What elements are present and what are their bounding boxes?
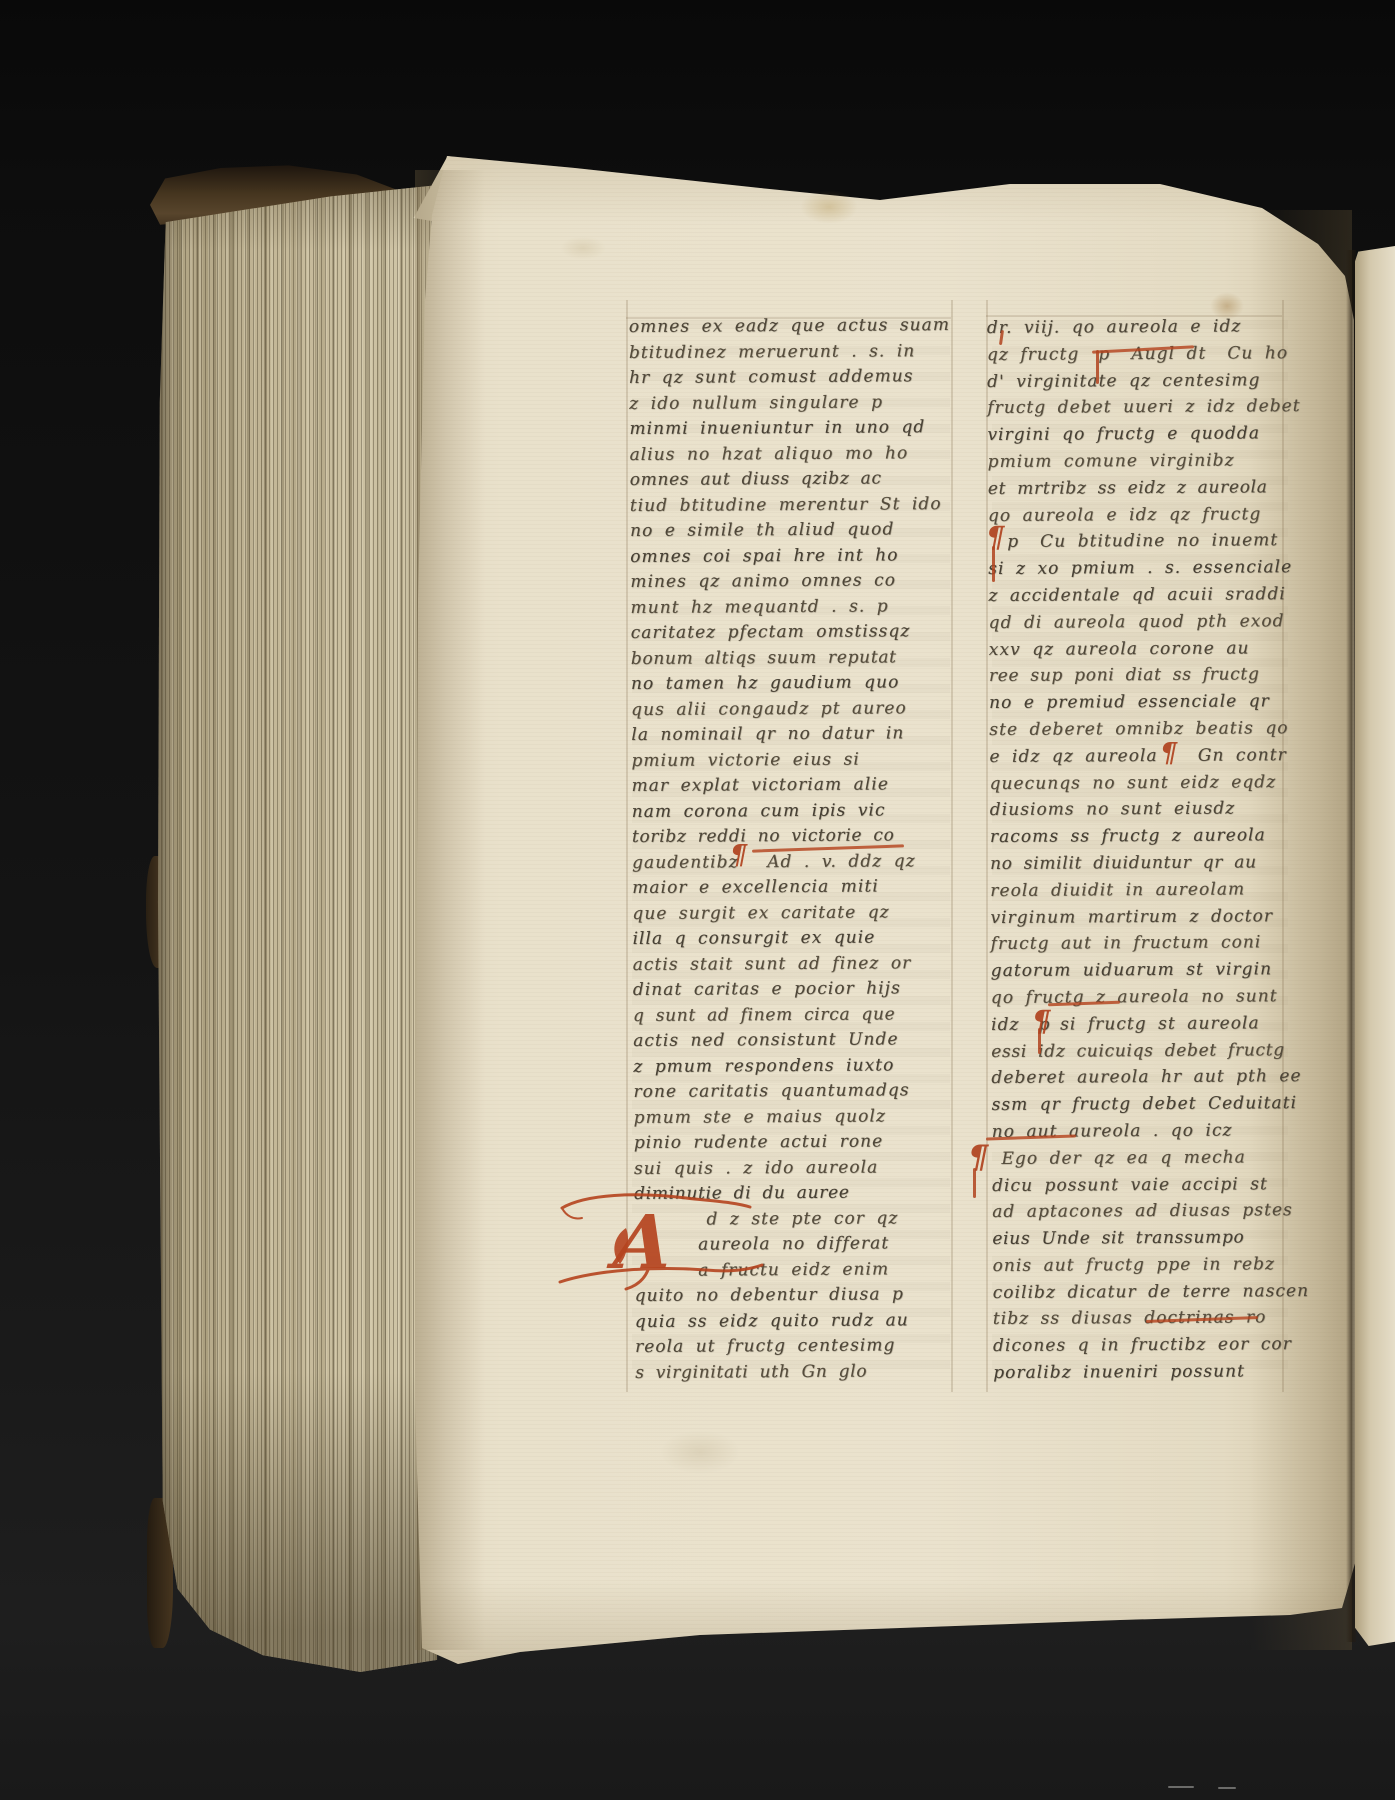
manuscript-text-line: eius Unde sit transsumpo bbox=[992, 1224, 1322, 1253]
manuscript-text-line: dinat caritas e pocior hijs bbox=[633, 976, 963, 1004]
rubric-pilcrow-tail-r32 bbox=[973, 1168, 976, 1198]
manuscript-text-line: actis stait sunt ad finez or bbox=[633, 950, 963, 978]
rubric-pilcrow-tail-r9 bbox=[992, 546, 995, 582]
manuscript-text-line: omnes ex eadz que actus suam bbox=[629, 313, 959, 341]
manuscript-text-line: bonum altiqs suum reputat bbox=[631, 644, 961, 672]
manuscript-text-line: maior e excellencia miti bbox=[632, 874, 962, 902]
manuscript-text-line: virginum martirum z doctor bbox=[990, 903, 1320, 932]
manuscript-text-line: deberet aureola hr aut pth ee bbox=[991, 1063, 1321, 1092]
rubric-initial-glyph: A bbox=[605, 1199, 674, 1286]
manuscript-text-line: racoms ss fructg z aureola bbox=[990, 822, 1320, 851]
rubric-pilcrow-r17: ¶ bbox=[1160, 738, 1177, 769]
manuscript-text-line: coilibz dicatur de terre nascen bbox=[993, 1278, 1323, 1307]
manuscript-text-line: rone caritatis quantumadqs bbox=[633, 1078, 963, 1106]
manuscript-text-line: btitudinez meruerunt . s. in bbox=[629, 339, 959, 367]
manuscript-text-line: no similit diuiduntur qr au bbox=[990, 849, 1320, 878]
manuscript-text-line: no aut aureola . qo icz bbox=[992, 1117, 1322, 1146]
manuscript-text-line: onis aut fructg ppe in rebz bbox=[992, 1251, 1322, 1280]
manuscript-text-line: hr qz sunt comust addemus bbox=[629, 364, 959, 392]
manuscript-text-line: pinio rudente actui rone bbox=[634, 1129, 964, 1157]
manuscript-text-line: et mrtribz ss eidz z aureola bbox=[988, 474, 1318, 503]
manuscript-text-line: Ego der qz ea q mecha bbox=[992, 1144, 1322, 1173]
manuscript-text-line: mines qz animo omnes co bbox=[630, 568, 960, 596]
manuscript-text-line: z ido nullum singulare p bbox=[629, 390, 959, 418]
manuscript-text-line: tiud btitudine merentur St ido bbox=[630, 491, 960, 519]
manuscript-text-line: q sunt ad finem circa que bbox=[633, 1001, 963, 1029]
manuscript-text-line: e idz qz aureola Gn contr bbox=[989, 742, 1319, 771]
rubric-pilcrow-r27: ¶ bbox=[1032, 1004, 1050, 1038]
manuscript-text-line: qus alii congaudz pt aureo bbox=[631, 695, 961, 723]
manuscript-text-line: munt hz mequantd . s. p bbox=[630, 593, 960, 621]
manuscript-text-line: si z xo pmium . s. essenciale bbox=[988, 554, 1318, 583]
manuscript-text-line: d' virginitate qz centesimg bbox=[987, 367, 1317, 396]
manuscript-text-line: dicones q in fructibz eor cor bbox=[993, 1331, 1323, 1360]
manuscript-text-line: ssm qr fructg debet Ceduitati bbox=[991, 1090, 1321, 1119]
manuscript-text-line: ad aptacones ad diusas pstes bbox=[992, 1197, 1322, 1226]
manuscript-text-line: omnes aut diuss qzibz ac bbox=[630, 466, 960, 494]
manuscript-text-line: poralibz inueniri possunt bbox=[993, 1358, 1323, 1387]
manuscript-text-line: p Cu btitudine no inuemt bbox=[988, 527, 1318, 556]
manuscript-text-line: z accidentale qd acuii sraddi bbox=[988, 581, 1318, 610]
manuscript-text-line: gaudentibz Ad . v. ddz qz bbox=[632, 848, 962, 876]
dust-scratch bbox=[1218, 1787, 1236, 1789]
manuscript-text-line: fructg debet uueri z idz debet bbox=[987, 393, 1317, 422]
manuscript-text-line: z pmum respondens iuxto bbox=[633, 1052, 963, 1080]
manuscript-text-line: toribz reddi no victorie co bbox=[632, 823, 962, 851]
manuscript-text-line: ste deberet omnibz beatis qo bbox=[989, 715, 1319, 744]
manuscript-text-line: qo aureola e idz qz fructg bbox=[988, 501, 1318, 530]
rubric-pilcrow-r9: ¶ bbox=[986, 520, 1004, 554]
manuscript-text-line: no e premiud essenciale qr bbox=[989, 688, 1319, 717]
manuscript-text-line: virgini qo fructg e quodda bbox=[987, 420, 1317, 449]
manuscript-text-line: diusioms no sunt eiusdz bbox=[990, 795, 1320, 824]
manuscript-text-line: que surgit ex caritate qz bbox=[632, 899, 962, 927]
manuscript-text-line: minmi inueniuntur in uno qd bbox=[629, 415, 959, 443]
manuscript-text-line: reola diuidit in aureolam bbox=[990, 876, 1320, 905]
manuscript-text-line: s virginitati uth Gn glo bbox=[635, 1358, 965, 1386]
manuscript-text-line: pmium comune virginibz bbox=[988, 447, 1318, 476]
manuscript-text-line: reola ut fructg centesimg bbox=[635, 1333, 965, 1361]
manuscript-text-line: no tamen hz gaudium quo bbox=[631, 670, 961, 698]
dust-scratch bbox=[1168, 1786, 1194, 1788]
manuscript-text-line: xxv qz aureola corone au bbox=[989, 635, 1319, 664]
gutter-crease bbox=[1346, 250, 1356, 1642]
fore-edge-page-stack bbox=[145, 160, 440, 1675]
manuscript-text-line: dicu possunt vaie accipi st bbox=[992, 1170, 1322, 1199]
manuscript-text-line: illa q consurgit ex quie bbox=[632, 925, 962, 953]
rubric-initial-a: A bbox=[556, 1186, 766, 1298]
rubric-pilcrow-r32: ¶ bbox=[968, 1138, 988, 1176]
manuscript-text-line: omnes coi spai hre int ho bbox=[630, 542, 960, 570]
manuscript-text-line: la nominail qr no datur in bbox=[631, 721, 961, 749]
rubric-tick-r2 bbox=[1096, 350, 1099, 384]
manuscript-text-line: caritatez pfectam omstissqz bbox=[631, 619, 961, 647]
manuscript-text-line: qd di aureola quod pth exod bbox=[989, 608, 1319, 637]
manuscript-text-line: pmum ste e maius quolz bbox=[634, 1103, 964, 1131]
manuscript-text-line: ree sup poni diat ss fructg bbox=[989, 661, 1319, 690]
manuscript-text-line: pmium victorie eius si bbox=[631, 746, 961, 774]
manuscript-text-line: dr. viij. qo aureola e idz bbox=[987, 313, 1317, 342]
manuscript-text-line: sui quis . z ido aureola bbox=[634, 1154, 964, 1182]
manuscript-text-line: fructg aut in fructum coni bbox=[990, 929, 1320, 958]
manuscript-text-line: qz fructg p Augl dt Cu ho bbox=[987, 340, 1317, 369]
text-column-right: dr. viij. qo aureola e idzqz fructg p Au… bbox=[987, 313, 1324, 1387]
manuscript-text-line: quecunqs no sunt eidz eqdz bbox=[990, 769, 1320, 798]
manuscript-photo: omnes ex eadz que actus suambtitudinez m… bbox=[0, 0, 1395, 1800]
rubric-pilcrow-tail-r27 bbox=[1038, 1028, 1041, 1054]
manuscript-text-line: nam corona cum ipis vic bbox=[632, 797, 962, 825]
manuscript-text-line: gatorum uiduarum st virgin bbox=[991, 956, 1321, 985]
manuscript-text-line: alius no hzat aliquo mo ho bbox=[630, 440, 960, 468]
manuscript-text-line: essi idz cuicuiqs debet fructg bbox=[991, 1037, 1321, 1066]
rubric-pilcrow-left-responsio: ¶ bbox=[730, 840, 747, 871]
facing-page-sliver bbox=[1355, 246, 1395, 1646]
manuscript-text-line: quia ss eidz quito rudz au bbox=[635, 1307, 965, 1335]
manuscript-text-line: actis ned consistunt Unde bbox=[633, 1027, 963, 1055]
manuscript-text-line: no e simile th aliud quod bbox=[630, 517, 960, 545]
manuscript-text-line: mar explat victoriam alie bbox=[632, 772, 962, 800]
